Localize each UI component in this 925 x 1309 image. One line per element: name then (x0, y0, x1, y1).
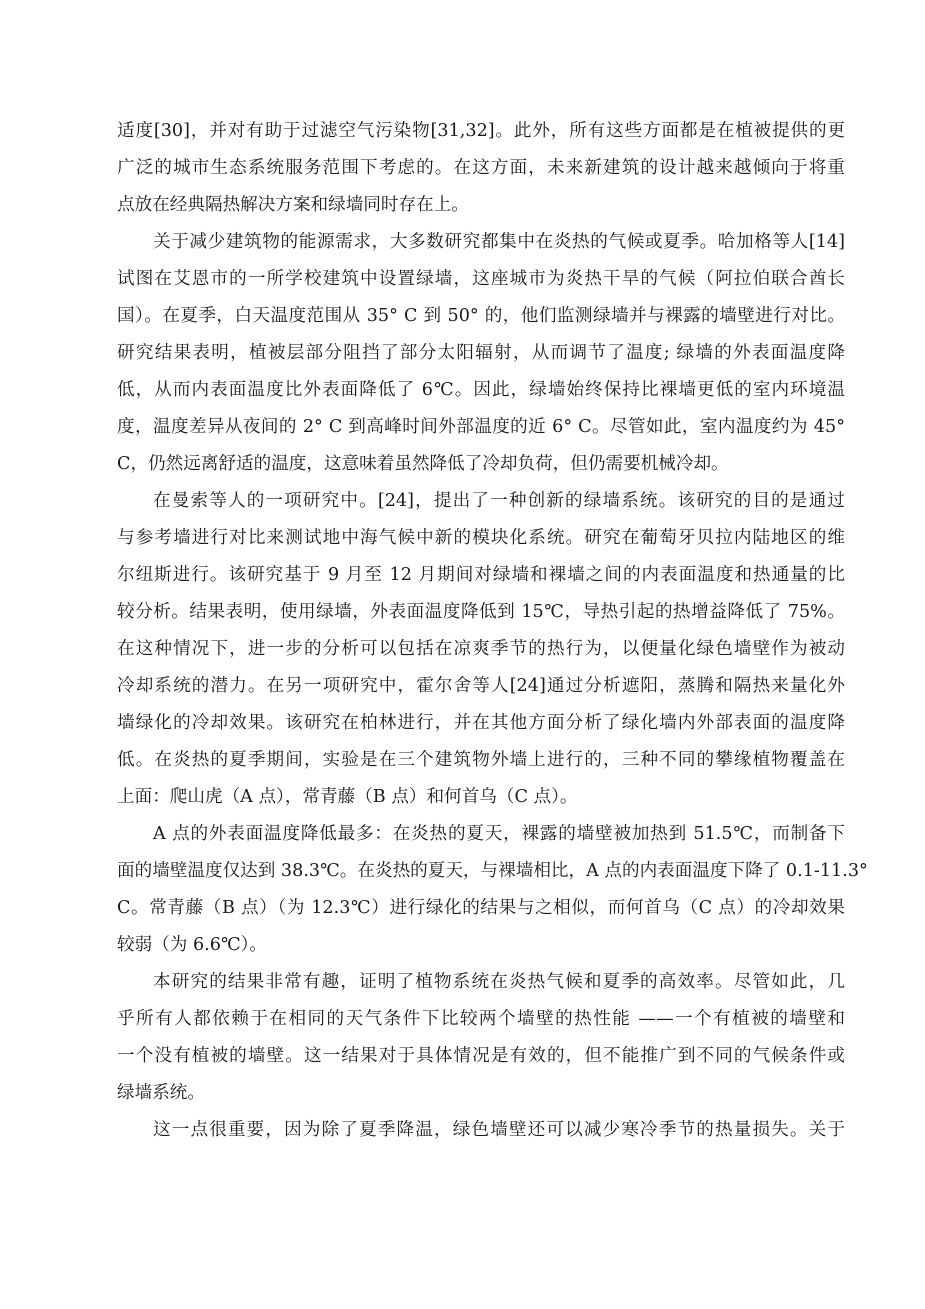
text-line: 乎所有人都依赖于在相同的天气条件下比较两个墙壁的热性能 ——一个有植被的墙壁和 (117, 1001, 845, 1038)
paragraph-3: 在曼索等人的一项研究中。[24]，提出了一种创新的绿墙系统。该研究的目的是通过 … (117, 483, 845, 816)
paragraph-4: A 点的外表面温度降低最多：在炎热的夏天，裸露的墙壁被加热到 51.5℃，而制备… (117, 816, 845, 964)
text-line: 这一点很重要，因为除了夏季降温，绿色墙壁还可以减少寒冷季节的热量损失。关于 (117, 1112, 845, 1149)
text-line: 研究结果表明，植被层部分阻挡了部分太阳辐射，从而调节了温度; 绿墙的外表面温度降 (117, 335, 845, 372)
text-line: 尔纽斯进行。该研究基于 9 月至 12 月期间对绿墙和裸墙之间的内表面温度和热通… (117, 557, 845, 594)
text-line: 度，温度差异从夜间的 2° C 到高峰时间外部温度的近 6° C。尽管如此，室内… (117, 409, 845, 446)
text-line: 绿墙系统。 (117, 1075, 845, 1112)
paragraph-2: 关于减少建筑物的能源需求，大多数研究都集中在炎热的气候或夏季。哈加格等人[14]… (117, 224, 845, 483)
text-line: 本研究的结果非常有趣，证明了植物系统在炎热气候和夏季的高效率。尽管如此，几 (117, 964, 845, 1001)
text-line: 点放在经典隔热解决方案和绿墙同时存在上。 (117, 187, 845, 224)
text-line: 试图在艾恩市的一所学校建筑中设置绿墙，这座城市为炎热干旱的气候（阿拉伯联合酋长 (117, 261, 845, 298)
text-line: C，仍然远离舒适的温度，这意味着虽然降低了冷却负荷，但仍需要机械冷却。 (117, 446, 845, 483)
text-line: 与参考墙进行对比来测试地中海气候中新的模块化系统。研究在葡萄牙贝拉内陆地区的维 (117, 520, 845, 557)
text-line: 国）。在夏季，白天温度范围从 35° C 到 50° 的，他们监测绿墙并与裸露的… (117, 298, 845, 335)
text-line: 冷却系统的潜力。在另一项研究中，霍尔舍等人[24]通过分析遮阳，蒸腾和隔热来量化… (117, 668, 845, 705)
paragraph-6: 这一点很重要，因为除了夏季降温，绿色墙壁还可以减少寒冷季节的热量损失。关于 (117, 1112, 845, 1149)
text-line: 较分析。结果表明，使用绿墙，外表面温度降低到 15℃，导热引起的热增益降低了 7… (117, 594, 845, 631)
paragraph-1: 适度[30]，并对有助于过滤空气污染物[31,32]。此外，所有这些方面都是在植… (117, 113, 845, 224)
text-line: 适度[30]，并对有助于过滤空气污染物[31,32]。此外，所有这些方面都是在植… (117, 113, 845, 150)
text-line: 低。在炎热的夏季期间，实验是在三个建筑物外墙上进行的，三种不同的攀缘植物覆盖在 (117, 742, 845, 779)
document-page: 适度[30]，并对有助于过滤空气污染物[31,32]。此外，所有这些方面都是在植… (117, 113, 845, 1149)
text-line: C。常青藤（B 点）（为 12.3℃）进行绿化的结果与之相似，而何首乌（C 点）… (117, 890, 845, 927)
text-line: 广泛的城市生态系统服务范围下考虑的。在这方面，未来新建筑的设计越来越倾向于将重 (117, 150, 845, 187)
text-line: 一个没有植被的墙壁。这一结果对于具体情况是有效的，但不能推广到不同的气候条件或 (117, 1038, 845, 1075)
text-line: 在曼索等人的一项研究中。[24]，提出了一种创新的绿墙系统。该研究的目的是通过 (117, 483, 845, 520)
text-line: A 点的外表面温度降低最多：在炎热的夏天，裸露的墙壁被加热到 51.5℃，而制备… (117, 816, 845, 853)
paragraph-5: 本研究的结果非常有趣，证明了植物系统在炎热气候和夏季的高效率。尽管如此，几 乎所… (117, 964, 845, 1112)
text-line: 关于减少建筑物的能源需求，大多数研究都集中在炎热的气候或夏季。哈加格等人[14] (117, 224, 845, 261)
text-line: 在这种情况下，进一步的分析可以包括在凉爽季节的热行为，以便量化绿色墙壁作为被动 (117, 631, 845, 668)
text-line: 低，从而内表面温度比外表面降低了 6℃。因此，绿墙始终保持比裸墙更低的室内环境温 (117, 372, 845, 409)
text-line: 较弱（为 6.6℃）。 (117, 927, 845, 964)
text-line: 上面：爬山虎（A 点），常青藤（B 点）和何首乌（C 点）。 (117, 779, 845, 816)
text-line: 墙绿化的冷却效果。该研究在柏林进行，并在其他方面分析了绿化墙内外部表面的温度降 (117, 705, 845, 742)
text-line: 面的墙壁温度仅达到 38.3℃。在炎热的夏天，与裸墙相比，A 点的内表面温度下降… (117, 853, 845, 890)
